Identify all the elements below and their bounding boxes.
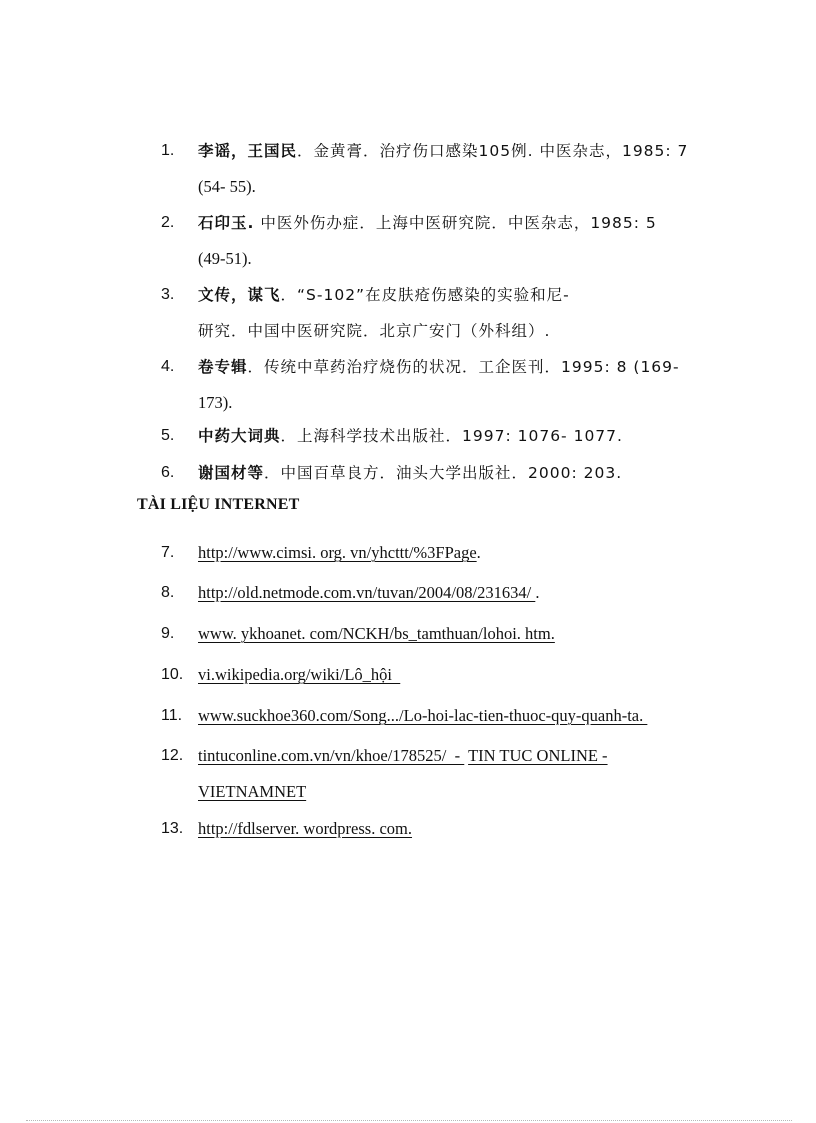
page-bottom-dotted-divider [26,1120,792,1121]
reference-continuation: 研究．中国中医研究院．北京广安门（外科组）. [198,313,570,349]
reference-details: ．中国百草良方．油头大学出版社．2000: 203. [264,464,622,482]
reference-details: ．传统中草药治疗烧伤的状况．工企医刊．1995: 8 (169- [248,358,680,376]
reference-number: 4. [161,349,195,385]
reference-continuation: 173). [198,385,680,421]
reference-authors: 谢国材等 [198,464,264,482]
reference-continuation: (49-51). [198,241,657,277]
reference-number: 5. [161,418,195,454]
reference-suffix: . [535,583,539,602]
reference-details: ．“S-102”在皮肤疮伤感染的实验和尼- [281,286,570,304]
reference-number: 2. [161,205,195,241]
reference-link-title-continuation[interactable]: VIETNAMNET [198,782,306,801]
reference-details: ．上海科学技术出版社．1997: 1076- 1077. [281,427,623,445]
reference-number: 7. [161,535,195,571]
reference-authors: 文传，谋飞 [198,286,281,304]
reference-continuation: (54- 55). [198,169,688,205]
document-page: 1. 李谣，王国民．金黄膏．治疗伤口感染105例. 中医杂志，1985: 7 (… [0,0,816,1123]
reference-number: 1. [161,133,195,169]
reference-number: 12. [161,738,195,774]
reference-authors: 石印玉. [198,214,254,232]
reference-link[interactable]: vi.wikipedia.org/wiki/Lô_hội [198,665,400,684]
reference-number: 3. [161,277,195,313]
reference-authors: 中药大词典 [198,427,281,445]
reference-link[interactable]: tintuconline.com.vn/vn/khoe/178525/ - [198,746,464,765]
reference-number: 8. [161,575,195,611]
reference-number: 9. [161,616,195,652]
reference-link[interactable]: http://fdlserver. wordpress. com. [198,819,412,838]
reference-number: 10. [161,657,195,693]
reference-number: 6. [161,455,195,491]
reference-link[interactable]: www. ykhoanet. com/NCKH/bs_tamthuan/loho… [198,624,555,643]
reference-authors: 卷专辑 [198,358,248,376]
reference-link-title[interactable]: TIN TUC ONLINE - [468,746,607,765]
section-heading-internet: TÀI LIỆU INTERNET [137,496,300,514]
reference-link[interactable]: http://www.cimsi. org. vn/yhcttt/%3FPage [198,543,477,562]
reference-number: 13. [161,811,195,847]
reference-link[interactable]: http://old.netmode.com.vn/tuvan/2004/08/… [198,583,535,602]
reference-suffix: . [477,543,481,562]
reference-authors: 李谣，王国民 [198,142,297,160]
reference-details: ．金黄膏．治疗伤口感染105例. 中医杂志，1985: 7 [297,142,688,160]
reference-number: 11. [161,698,195,734]
reference-link[interactable]: www.suckhoe360.com/Song.../Lo-hoi-lac-ti… [198,706,647,725]
reference-details: 中医外伤办症．上海中医研究院．中医杂志，1985: 5 [254,214,656,232]
